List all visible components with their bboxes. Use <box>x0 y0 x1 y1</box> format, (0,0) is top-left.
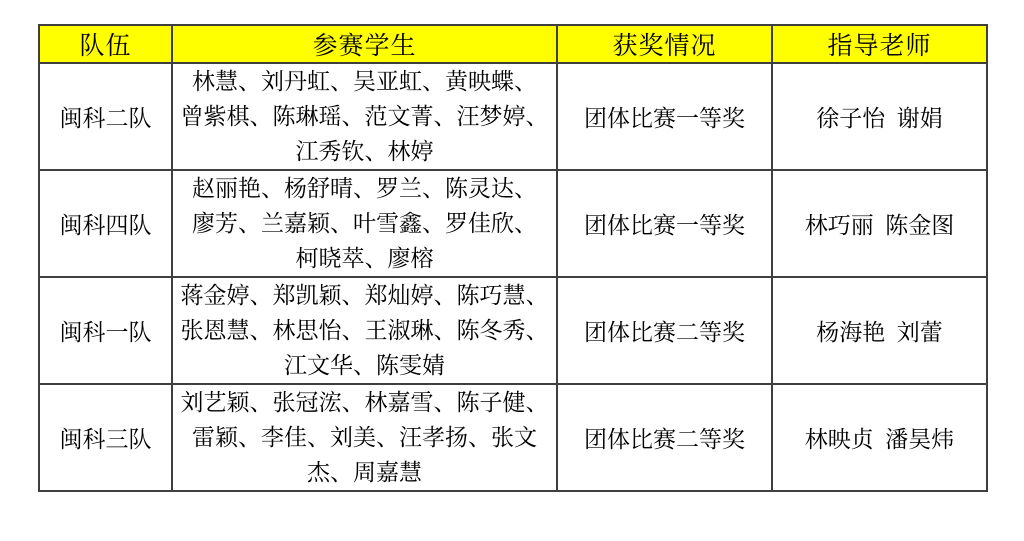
table-row: 闽科三队 刘艺颖、张冠浤、林嘉雪、陈子健、 雷颖、李佳、刘美、汪孝扬、张文 杰、… <box>39 384 987 491</box>
students-cell: 赵丽艳、杨舒晴、罗兰、陈灵达、 廖芳、兰嘉颖、叶雪鑫、罗佳欣、 柯晓萃、廖榕 <box>172 170 557 277</box>
table-row: 闽科二队 林慧、刘丹虹、吴亚虹、黄映蝶、 曾紫棋、陈琳瑶、范文菁、汪梦婷、 江秀… <box>39 63 987 170</box>
students-cell: 蒋金婷、郑凯颖、郑灿婷、陈巧慧、 张恩慧、林思怡、王淑琳、陈冬秀、 江文华、陈雯… <box>172 277 557 384</box>
table-header: 队伍 参赛学生 获奖情况 指导老师 <box>39 25 987 63</box>
award-cell: 团体比赛一等奖 <box>557 170 772 277</box>
team-cell: 闽科一队 <box>39 277 172 384</box>
team-cell: 闽科二队 <box>39 63 172 170</box>
header-row: 队伍 参赛学生 获奖情况 指导老师 <box>39 25 987 63</box>
table-row: 闽科四队 赵丽艳、杨舒晴、罗兰、陈灵达、 廖芳、兰嘉颖、叶雪鑫、罗佳欣、 柯晓萃… <box>39 170 987 277</box>
teachers-cell: 林映贞 潘昊炜 <box>772 384 987 491</box>
award-cell: 团体比赛一等奖 <box>557 63 772 170</box>
teachers-cell: 徐子怡 谢娟 <box>772 63 987 170</box>
awards-table: 队伍 参赛学生 获奖情况 指导老师 闽科二队 林慧、刘丹虹、吴亚虹、黄映蝶、 曾… <box>38 24 988 492</box>
table-body: 闽科二队 林慧、刘丹虹、吴亚虹、黄映蝶、 曾紫棋、陈琳瑶、范文菁、汪梦婷、 江秀… <box>39 63 987 491</box>
award-cell: 团体比赛二等奖 <box>557 384 772 491</box>
teachers-cell: 林巧丽 陈金图 <box>772 170 987 277</box>
team-cell: 闽科四队 <box>39 170 172 277</box>
students-cell: 刘艺颖、张冠浤、林嘉雪、陈子健、 雷颖、李佳、刘美、汪孝扬、张文 杰、周嘉慧 <box>172 384 557 491</box>
header-teachers: 指导老师 <box>772 25 987 63</box>
header-award: 获奖情况 <box>557 25 772 63</box>
award-cell: 团体比赛二等奖 <box>557 277 772 384</box>
team-cell: 闽科三队 <box>39 384 172 491</box>
teachers-cell: 杨海艳 刘蕾 <box>772 277 987 384</box>
header-team: 队伍 <box>39 25 172 63</box>
students-cell: 林慧、刘丹虹、吴亚虹、黄映蝶、 曾紫棋、陈琳瑶、范文菁、汪梦婷、 江秀钦、林婷 <box>172 63 557 170</box>
header-students: 参赛学生 <box>172 25 557 63</box>
table-row: 闽科一队 蒋金婷、郑凯颖、郑灿婷、陈巧慧、 张恩慧、林思怡、王淑琳、陈冬秀、 江… <box>39 277 987 384</box>
